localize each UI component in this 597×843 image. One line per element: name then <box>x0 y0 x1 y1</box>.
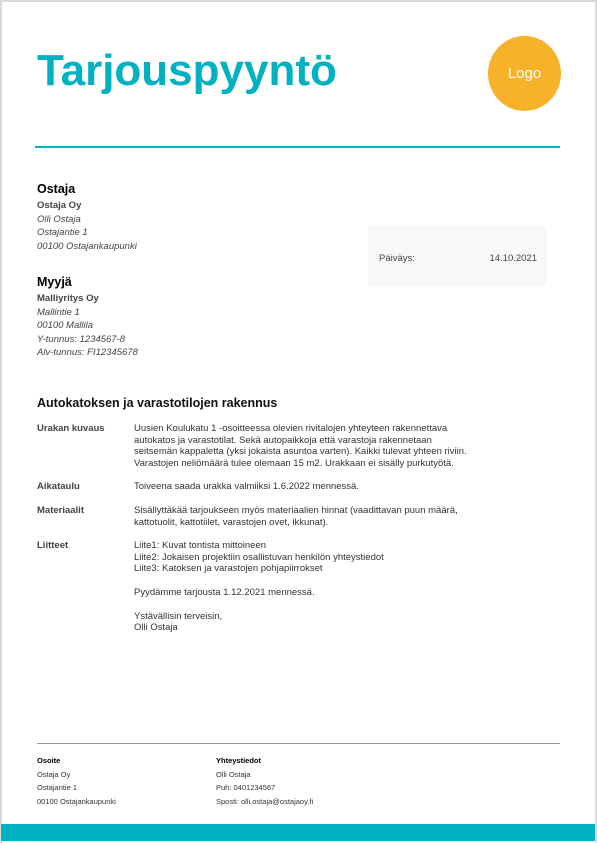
detail-value: Toiveena saada urakka valmiiksi 1.6.2022… <box>134 481 497 493</box>
footer-contact-email[interactable]: Sposti: olli.ostaja@ostajaoy.fi <box>216 795 313 809</box>
project-title: Autokatoksen ja varastotilojen rakennus <box>37 396 277 410</box>
footer-accent-bar <box>1 824 595 841</box>
date-value: 14.10.2021 <box>489 253 537 264</box>
seller-vat-id: Alv-tunnus: FI12345678 <box>37 346 138 360</box>
detail-value: Sisällyttäkää tarjoukseen myös materiaal… <box>134 505 497 528</box>
footer-divider <box>37 743 560 744</box>
buyer-block: Ostaja Ostaja Oy Olli Ostaja Ostajantie … <box>37 182 137 253</box>
footer-address-line: 00100 Ostajankaupunki <box>37 795 116 809</box>
detail-line: Sisällyttäkää tarjoukseen myös materiaal… <box>134 505 497 517</box>
footer-contact-heading: Yhteystiedot <box>216 754 313 768</box>
seller-city: 00100 Mallila <box>37 319 138 333</box>
detail-line: kattotuolit, kattotiilet, varastojen ove… <box>134 517 497 529</box>
date-label: Päiväys: <box>379 253 415 264</box>
detail-line: autokatos ja varastotilat. Sekä autopaik… <box>134 435 497 447</box>
attachment-item: Liite2: Jokaisen projektiin osallistuvan… <box>134 552 497 564</box>
buyer-contact: Olli Ostaja <box>37 213 137 227</box>
detail-label: Materiaalit <box>37 505 134 528</box>
logo-label: Logo <box>508 65 541 82</box>
seller-heading: Myyjä <box>37 275 138 290</box>
document-page: Tarjouspyyntö Logo Ostaja Ostaja Oy Olli… <box>2 2 595 843</box>
detail-line: seitsemän kappaletta (yksi jokaista asun… <box>134 446 497 458</box>
footer-contact-phone: Puh: 0401234567 <box>216 781 313 795</box>
document-title: Tarjouspyyntö <box>37 46 337 96</box>
project-details: Urakan kuvaus Uusien Koulukatu 1 -osoitt… <box>37 423 497 634</box>
seller-block: Myyjä Malliyritys Oy Mallintie 1 00100 M… <box>37 275 138 360</box>
detail-line: Uusien Koulukatu 1 -osoitteessa olevien … <box>134 423 497 435</box>
seller-business-id: Y-tunnus: 1234567-8 <box>37 333 138 347</box>
attachment-item: Liite1: Kuvat tontista mittoineen <box>134 540 497 552</box>
footer-address-line: Ostajantie 1 <box>37 781 116 795</box>
buyer-company: Ostaja Oy <box>37 199 137 213</box>
logo-placeholder: Logo <box>488 36 561 111</box>
seller-company: Malliyritys Oy <box>37 292 138 306</box>
footer-address-heading: Osoite <box>37 754 116 768</box>
header-divider <box>35 146 560 148</box>
buyer-heading: Ostaja <box>37 182 137 197</box>
buyer-city: 00100 Ostajankaupunki <box>37 240 137 254</box>
detail-label: Aikataulu <box>37 481 134 493</box>
detail-line: Varastojen neliömäärä tulee olemaan 15 m… <box>134 458 497 470</box>
attachment-item: Liite3: Katoksen ja varastojen pohjapiir… <box>134 563 497 575</box>
seller-street: Mallintie 1 <box>37 306 138 320</box>
footer-address: Osoite Ostaja Oy Ostajantie 1 00100 Osta… <box>37 754 116 808</box>
footer-contact: Yhteystiedot Olli Ostaja Puh: 0401234567… <box>216 754 313 808</box>
date-box: Päiväys: 14.10.2021 <box>368 226 547 286</box>
buyer-street: Ostajantie 1 <box>37 226 137 240</box>
offer-deadline: Pyydämme tarjousta 1.12.2021 mennessä. <box>134 587 497 599</box>
detail-row-schedule: Aikataulu Toiveena saada urakka valmiiks… <box>37 481 497 493</box>
footer-contact-name: Olli Ostaja <box>216 768 313 782</box>
detail-label: Urakan kuvaus <box>37 423 134 469</box>
detail-label: Liitteet <box>37 540 134 634</box>
detail-line: Toiveena saada urakka valmiiksi 1.6.2022… <box>134 481 497 493</box>
detail-row-materials: Materiaalit Sisällyttäkää tarjoukseen my… <box>37 505 497 528</box>
detail-row-attachments: Liitteet Liite1: Kuvat tontista mittoine… <box>37 540 497 634</box>
detail-row-description: Urakan kuvaus Uusien Koulukatu 1 -osoitt… <box>37 423 497 469</box>
detail-value: Uusien Koulukatu 1 -osoitteessa olevien … <box>134 423 497 469</box>
closing-greeting: Ystävällisin terveisin, <box>134 611 497 623</box>
detail-value: Liite1: Kuvat tontista mittoineen Liite2… <box>134 540 497 634</box>
footer-address-line: Ostaja Oy <box>37 768 116 782</box>
signature: Olli Ostaja <box>134 622 497 634</box>
